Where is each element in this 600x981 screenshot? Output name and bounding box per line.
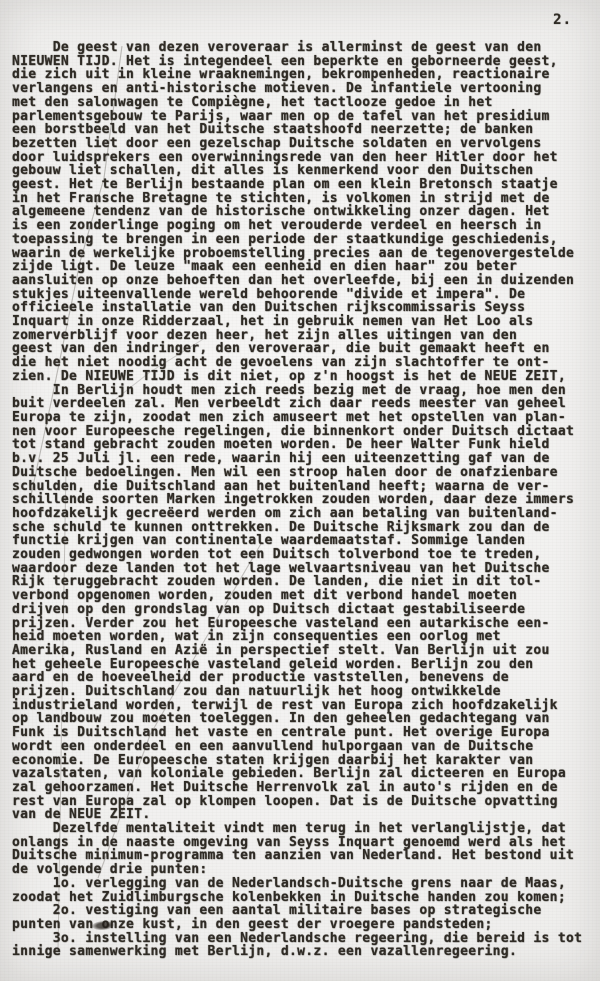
text-line: hoofdzakelijk gecreëerd werden om zich a… (12, 507, 596, 521)
text-line: 1o. verlegging van de Nederlandsch-Duits… (12, 877, 596, 891)
text-line: De geest van dezen veroveraar is allermi… (12, 41, 596, 55)
text-line: een borstbeeld van het Duitsche staatsho… (12, 123, 596, 137)
text-line: aard en de hoeveelheid der productie vas… (12, 671, 596, 685)
text-line: schillende soorten Marken ingetrokken zo… (12, 493, 596, 507)
text-line: officieele installatie van den Duitschen… (12, 301, 596, 315)
text-line: Dezelfde mentaliteit vindt men terug in … (12, 822, 596, 836)
page-number: 2. (553, 12, 572, 28)
document-body: De geest van dezen veroveraar is allermi… (12, 41, 596, 959)
text-line: functie krijgen van continentale waardem… (12, 534, 596, 548)
text-line: wordt een onderdeel en een aanvullend hu… (12, 740, 596, 754)
text-line: zien. De NIEUWE TIJD is dit niet, op z'n… (12, 370, 596, 384)
text-line: prijzen. Duitschland zou dan natuurlijk … (12, 685, 596, 699)
text-line: zijde ligt. De leuze "maak een eenheid e… (12, 260, 596, 274)
text-line: vazalstaten, van koloniale gebieden. Ber… (12, 767, 596, 781)
text-line: met den salonwagen te Compiègne, het tac… (12, 96, 596, 110)
text-line: verlangens en anti-historische motieven.… (12, 82, 596, 96)
text-line: zouden gedwongen worden tot een Duitsch … (12, 548, 596, 562)
text-line: Europa te zijn, zoodat men zich amuseert… (12, 411, 596, 425)
text-line: geest. Het te Berlijn bestaande plan om … (12, 178, 596, 192)
text-line: gebouw liet schallen, dit alles is kenme… (12, 164, 596, 178)
text-line: Funk is Duitschland het vaste en central… (12, 726, 596, 740)
text-line: die het niet noodig acht de gevoelens va… (12, 356, 596, 370)
text-line: de volgende drie punten: (12, 863, 596, 877)
text-line: Duitsche bedoelingen. Men wil een stroop… (12, 466, 596, 480)
text-line: drijven op den grondslag van op Duitsch … (12, 603, 596, 617)
text-line: innige samenwerking met Berlijn, d.w.z. … (12, 945, 596, 959)
text-line: toepassing te brengen in een periode der… (12, 233, 596, 247)
text-line: heid moeten worden, wat in zijn conseque… (12, 630, 596, 644)
text-line: verbond opgenomen worden, zouden met dit… (12, 589, 596, 603)
text-line: zal gehoorzamen. Het Duitsche Herrenvolk… (12, 781, 596, 795)
text-line: aansluiten op onze behoeften dan het ove… (12, 274, 596, 288)
text-line: Inquart in onze Ridderzaal, het in gebru… (12, 315, 596, 329)
text-line: Amerika, Rusland en Azië in perspectief … (12, 644, 596, 658)
text-line: bezetten liet door een gezelschap Duitsc… (12, 137, 596, 151)
document-page: 2. De geest van dezen veroveraar is alle… (0, 0, 600, 981)
text-line: buit verdeelen zal. Men verbeeldt zich d… (12, 397, 596, 411)
text-line: b.v. 25 Juli jl. een rede, waarin hij ee… (12, 452, 596, 466)
text-line: punten van onze kust, in den geest der v… (12, 918, 596, 932)
text-line: 2o. vestiging van een aantal militaire b… (12, 904, 596, 918)
text-line: is een zonderlinge poging om het veroude… (12, 219, 596, 233)
